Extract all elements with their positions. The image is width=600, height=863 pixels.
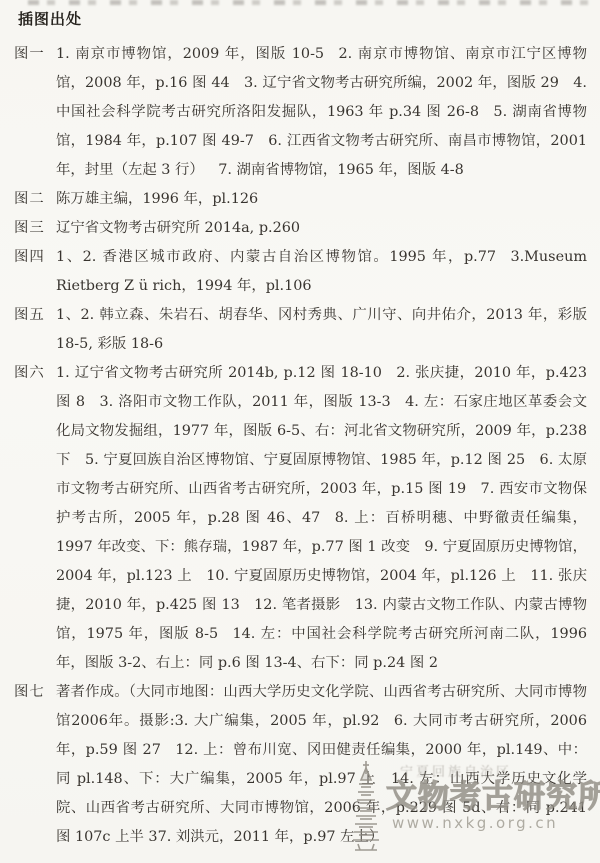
page-title: 插图出处 [18,8,587,29]
figure-entry: 图四 1、2. 香港区城市政府、内蒙古自治区博物馆。1995 年，p.77 3.… [14,243,587,301]
figure-label: 图一 [14,40,56,69]
figure-entry: 图三 辽宁省文物考古研究所 2014a, p.260 [14,214,587,243]
figure-source-text: 1、2. 韩立森、朱岩石、胡春华、冈村秀典、广川守、向井佑介，2013 年，彩版… [56,301,587,359]
figure-source-text: 著者作成。（大同市地图：山西大学历史文化学院、山西省考古研究所、大同市博物馆20… [56,678,587,852]
figure-entry: 图二 陈万雄主编，1996 年，pl.126 [14,185,587,214]
figure-source-text: 陈万雄主编，1996 年，pl.126 [56,185,587,214]
figure-entry: 图六 1. 辽宁省文物考古研究所 2014b, p.12 图 18-10 2. … [14,359,587,678]
figure-label: 图六 [14,359,56,388]
figure-label: 图三 [14,214,56,243]
figure-entry: 图一 1. 南京市博物馆，2009 年，图版 10-5 2. 南京市博物馆、南京… [14,40,587,185]
cropped-previous-line [28,0,590,5]
illustration-sources-page: 插图出处 图一 1. 南京市博物馆，2009 年，图版 10-5 2. 南京市博… [14,8,587,852]
figure-entry: 图五 1、2. 韩立森、朱岩石、胡春华、冈村秀典、广川守、向井佑介，2013 年… [14,301,587,359]
figure-entry: 图七 著者作成。（大同市地图：山西大学历史文化学院、山西省考古研究所、大同市博物… [14,678,587,852]
figure-source-text: 1、2. 香港区城市政府、内蒙古自治区博物馆。1995 年，p.77 3.Mus… [56,243,587,301]
figure-label: 图五 [14,301,56,330]
figure-source-text: 辽宁省文物考古研究所 2014a, p.260 [56,214,587,243]
figure-label: 图四 [14,243,56,272]
figure-source-text: 1. 辽宁省文物考古研究所 2014b, p.12 图 18-10 2. 张庆捷… [56,359,587,678]
figure-source-text: 1. 南京市博物馆，2009 年，图版 10-5 2. 南京市博物馆、南京市江宁… [56,40,587,185]
figure-label: 图二 [14,185,56,214]
figure-label: 图七 [14,678,56,707]
